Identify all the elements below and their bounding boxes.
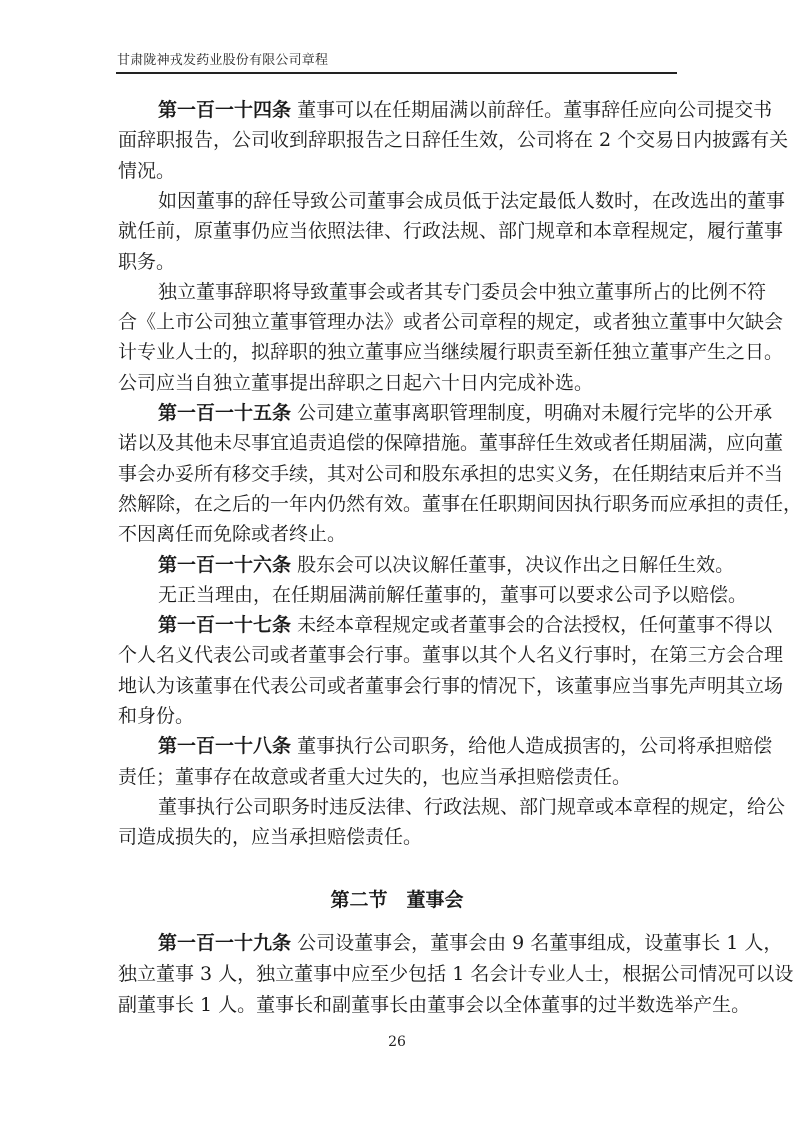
line-text: 司造成损失的，应当承担赔偿责任。 bbox=[118, 826, 422, 848]
text-line: 董事执行公司职务时违反法律、行政法规、部门规章或本章程的规定，给公 bbox=[158, 795, 674, 819]
text-line: 如因董事的辞任导致公司董事会成员低于法定最低人数时，在改选出的董事 bbox=[158, 189, 674, 213]
line-text: 计专业人士的，拟辞职的独立董事应当继续履行职责至新任独立董事产生之日。 bbox=[118, 341, 783, 363]
section-heading: 第二节 董事会 bbox=[0, 888, 794, 912]
line-text: 独立董事辞职将导致董事会或者其专门委员会中独立董事所占的比例不符 bbox=[158, 281, 766, 303]
text-line: 司造成损失的，应当承担赔偿责任。 bbox=[118, 825, 674, 849]
text-line: 地认为该董事在代表公司或者董事会行事的情况下，该董事应当事先声明其立场 bbox=[118, 674, 674, 698]
line-text: 责任；董事存在故意或者重大过失的，也应当承担赔偿责任。 bbox=[118, 766, 631, 788]
text-line: 副董事长 1 人。董事长和副董事长由董事会以全体董事的过半数选举产生。 bbox=[118, 993, 674, 1017]
text-line: 然解除，在之后的一年内仍然有效。董事在任职期间因执行职务而应承担的责任， bbox=[118, 492, 674, 516]
text-line: 责任；董事存在故意或者重大过失的，也应当承担赔偿责任。 bbox=[118, 765, 674, 789]
line-text: 董事可以在任期届满以前辞任。董事辞任应向公司提交书 bbox=[297, 99, 772, 121]
article-number: 第一百一十九条 bbox=[158, 932, 291, 954]
text-line: 合《上市公司独立董事管理办法》或者公司章程的规定，或者独立董事中欠缺会 bbox=[118, 310, 674, 334]
line-text: 地认为该董事在代表公司或者董事会行事的情况下，该董事应当事先声明其立场 bbox=[118, 675, 783, 697]
text-line: 独立董事辞职将导致董事会或者其专门委员会中独立董事所占的比例不符 bbox=[158, 280, 674, 304]
text-line: 无正当理由，在任期届满前解任董事的，董事可以要求公司予以赔偿。 bbox=[158, 583, 674, 607]
line-text: 股东会可以决议解任董事，决议作出之日解任生效。 bbox=[297, 554, 734, 576]
text-line: 诺以及其他未尽事宜追责追偿的保障措施。董事辞任生效或者任期届满，应向董 bbox=[118, 431, 674, 455]
text-line: 第一百一十八条 董事执行公司职务，给他人造成损害的，公司将承担赔偿 bbox=[158, 734, 674, 758]
article-number: 第一百一十五条 bbox=[158, 402, 291, 424]
text-line: 情况。 bbox=[118, 159, 674, 183]
line-text: 无正当理由，在任期届满前解任董事的，董事可以要求公司予以赔偿。 bbox=[158, 584, 747, 606]
text-line: 就任前，原董事仍应当依照法律、行政法规、部门规章和本章程规定，履行董事 bbox=[118, 219, 674, 243]
line-text: 就任前，原董事仍应当依照法律、行政法规、部门规章和本章程规定，履行董事 bbox=[118, 220, 783, 242]
document-page: 甘肃陇神戎发药业股份有限公司章程 第一百一十四条 董事可以在任期届满以前辞任。董… bbox=[0, 0, 794, 1122]
text-line: 个人名义代表公司或者董事会行事。董事以其个人名义行事时，在第三方会合理 bbox=[118, 643, 674, 667]
text-line: 独立董事 3 人，独立董事中应至少包括 1 名会计专业人士，根据公司情况可以设 bbox=[118, 962, 674, 986]
line-text: 董事执行公司职务，给他人造成损害的，公司将承担赔偿 bbox=[297, 735, 772, 757]
running-header-title: 甘肃陇神戎发药业股份有限公司章程 bbox=[117, 52, 328, 70]
line-text: 诺以及其他未尽事宜追责追偿的保障措施。董事辞任生效或者任期届满，应向董 bbox=[118, 432, 783, 454]
text-line: 第一百一十五条 公司建立董事离职管理制度，明确对未履行完毕的公开承 bbox=[158, 401, 674, 425]
line-text: 未经本章程规定或者董事会的合法授权，任何董事不得以 bbox=[297, 614, 772, 636]
line-text: 和身份。 bbox=[118, 705, 194, 727]
article-number: 第一百一十七条 bbox=[158, 614, 291, 636]
text-line: 职务。 bbox=[118, 250, 674, 274]
line-text: 情况。 bbox=[118, 160, 175, 182]
text-line: 第一百一十六条 股东会可以决议解任董事，决议作出之日解任生效。 bbox=[158, 553, 674, 577]
article-number: 第一百一十八条 bbox=[158, 735, 291, 757]
text-line: 公司应当自独立董事提出辞职之日起六十日内完成补选。 bbox=[118, 371, 674, 395]
line-text: 独立董事 3 人，独立董事中应至少包括 1 名会计专业人士，根据公司情况可以设 bbox=[118, 963, 793, 985]
line-text: 董事执行公司职务时违反法律、行政法规、部门规章或本章程的规定，给公 bbox=[158, 796, 785, 818]
article-number: 第一百一十四条 bbox=[158, 99, 291, 121]
line-text: 职务。 bbox=[118, 251, 175, 273]
line-text: 个人名义代表公司或者董事会行事。董事以其个人名义行事时，在第三方会合理 bbox=[118, 644, 783, 666]
line-text: 然解除，在之后的一年内仍然有效。董事在任职期间因执行职务而应承担的责任， bbox=[118, 493, 794, 515]
line-text: 事会办妥所有移交手续，其对公司和股东承担的忠实义务，在任期结束后并不当 bbox=[118, 463, 783, 485]
text-line: 第一百一十七条 未经本章程规定或者董事会的合法授权，任何董事不得以 bbox=[158, 613, 674, 637]
line-text: 合《上市公司独立董事管理办法》或者公司章程的规定，或者独立董事中欠缺会 bbox=[118, 311, 783, 333]
line-text: 副董事长 1 人。董事长和副董事长由董事会以全体董事的过半数选举产生。 bbox=[118, 994, 750, 1016]
header-divider bbox=[116, 72, 677, 74]
line-text: 公司设董事会，董事会由 9 名董事组成，设董事长 1 人， bbox=[297, 932, 782, 954]
text-line: 面辞职报告，公司收到辞职报告之日辞任生效，公司将在 2 个交易日内披露有关 bbox=[118, 128, 674, 152]
text-line: 计专业人士的，拟辞职的独立董事应当继续履行职责至新任独立董事产生之日。 bbox=[118, 340, 674, 364]
text-line: 第一百一十四条 董事可以在任期届满以前辞任。董事辞任应向公司提交书 bbox=[158, 98, 674, 122]
text-line: 和身份。 bbox=[118, 704, 674, 728]
line-text: 如因董事的辞任导致公司董事会成员低于法定最低人数时，在改选出的董事 bbox=[158, 190, 785, 212]
line-text: 面辞职报告，公司收到辞职报告之日辞任生效，公司将在 2 个交易日内披露有关 bbox=[118, 129, 788, 151]
article-number: 第一百一十六条 bbox=[158, 554, 291, 576]
line-text: 公司建立董事离职管理制度，明确对未履行完毕的公开承 bbox=[297, 402, 772, 424]
text-line: 事会办妥所有移交手续，其对公司和股东承担的忠实义务，在任期结束后并不当 bbox=[118, 462, 674, 486]
line-text: 公司应当自独立董事提出辞职之日起六十日内完成补选。 bbox=[118, 372, 593, 394]
page-number: 26 bbox=[0, 1034, 794, 1050]
line-text: 不因离任而免除或者终止。 bbox=[118, 523, 346, 545]
text-line: 不因离任而免除或者终止。 bbox=[118, 522, 674, 546]
text-line: 第一百一十九条 公司设董事会，董事会由 9 名董事组成，设董事长 1 人， bbox=[158, 931, 674, 955]
